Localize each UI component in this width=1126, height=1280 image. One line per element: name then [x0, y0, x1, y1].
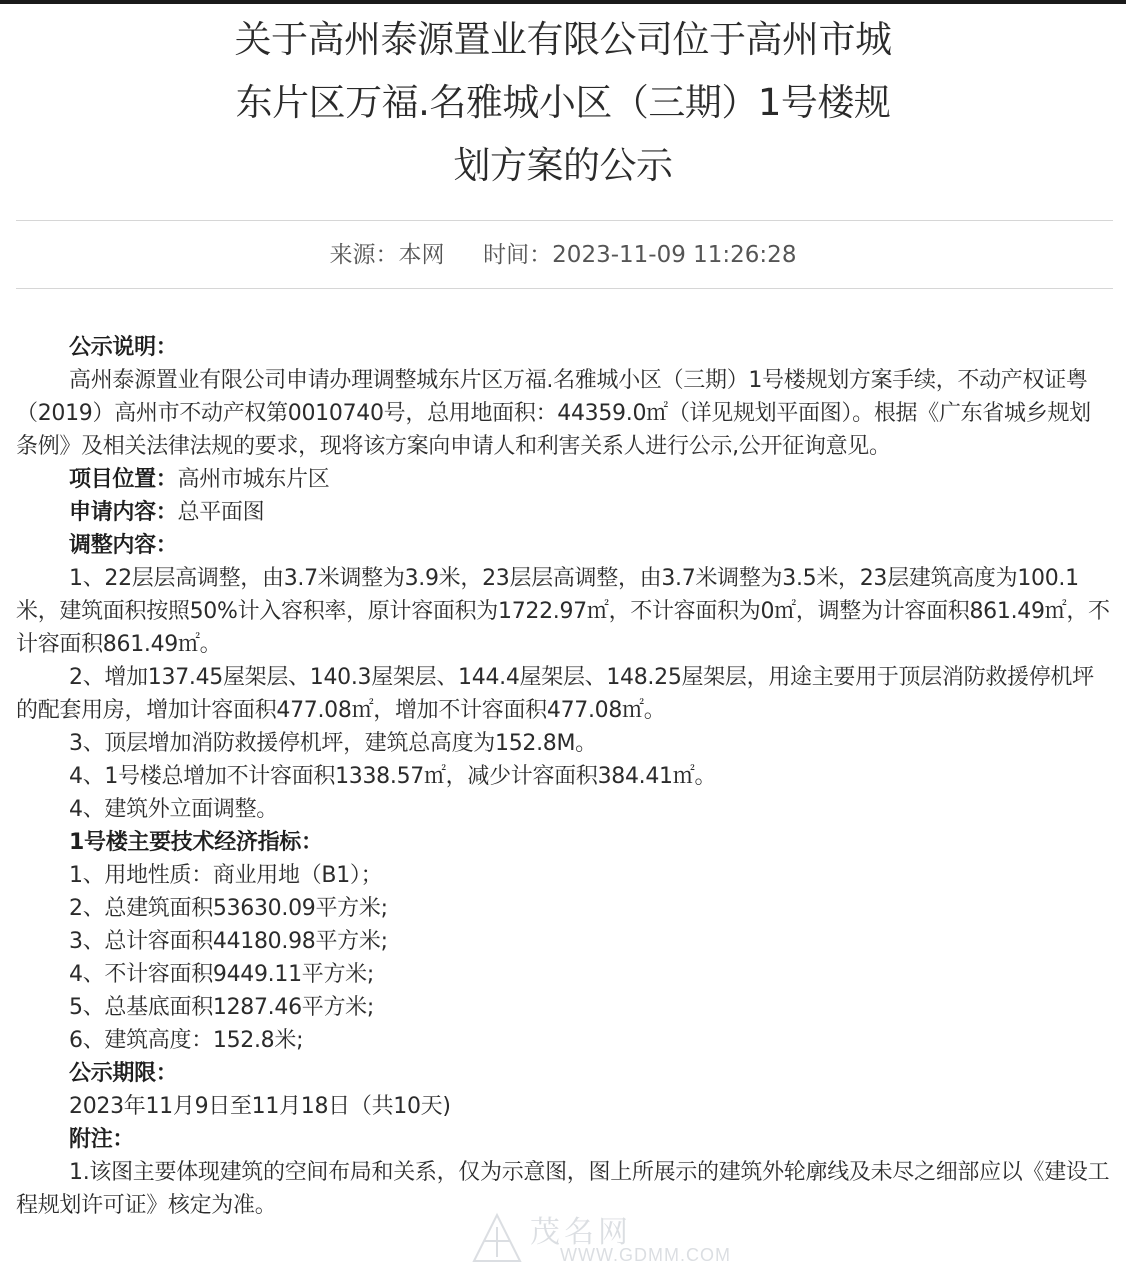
watermark-url: WWW.GDMM.COM: [560, 1245, 731, 1266]
title-line-3: 划方案的公示: [0, 134, 1126, 197]
adjust-heading: 调整内容：: [16, 529, 1111, 562]
page-title: 关于高州泰源置业有限公司位于高州市城 东片区万福.名雅城小区（三期）1号楼规 划…: [0, 8, 1126, 197]
source-label: 来源：: [330, 242, 399, 268]
adjust-item-5: 4、建筑外立面调整。: [16, 793, 1111, 826]
indicator-4: 4、不计容面积9449.11平方米;: [16, 958, 1111, 991]
time-value: 2023-11-09 11:26:28: [552, 242, 796, 268]
adjust-item-1: 1、22层层高调整，由3.7米调整为3.9米，23层层高调整，由3.7米调整为3…: [16, 562, 1111, 661]
indicator-1: 1、用地性质：商业用地（B1）；: [16, 859, 1111, 892]
application-value: 总平面图: [178, 500, 265, 525]
title-line-1: 关于高州泰源置业有限公司位于高州市城: [0, 8, 1126, 71]
notice-heading: 公示说明：: [16, 331, 1111, 364]
indicator-2: 2、总建筑面积53630.09平方米;: [16, 892, 1111, 925]
time-label: 时间：: [483, 242, 552, 268]
location-value: 高州市城东片区: [178, 467, 330, 492]
notes-text: 1.该图主要体现建筑的空间布局和关系，仅为示意图，图上所展示的建筑外轮廓线及未尽…: [16, 1156, 1111, 1222]
adjust-item-4: 4、1号楼总增加不计容面积1338.57㎡，减少计容面积384.41㎡。: [16, 760, 1111, 793]
application-content: 申请内容：总平面图: [16, 496, 1111, 529]
meta-divider-bottom: [16, 288, 1113, 289]
adjust-item-3: 3、顶层增加消防救援停机坪，建筑总高度为152.8M。: [16, 727, 1111, 760]
adjust-item-2: 2、增加137.45屋架层、140.3屋架层、144.4屋架层、148.25屋架…: [16, 661, 1111, 727]
application-label: 申请内容：: [69, 500, 178, 525]
project-location: 项目位置：高州市城东片区: [16, 463, 1111, 496]
top-status-bar: [0, 0, 1126, 4]
indicators-heading: 1号楼主要技术经济指标：: [16, 826, 1111, 859]
period-heading: 公示期限：: [16, 1057, 1111, 1090]
indicator-6: 6、建筑高度：152.8米;: [16, 1024, 1111, 1057]
period-value: 2023年11月9日至11月18日（共10天): [16, 1090, 1111, 1123]
location-label: 项目位置：: [69, 467, 178, 492]
article-meta: 来源：本网 时间：2023-11-09 11:26:28: [0, 238, 1126, 272]
article-body: 公示说明： 高州泰源置业有限公司申请办理调整城东片区万福.名雅城小区（三期）1号…: [16, 331, 1111, 1222]
indicator-5: 5、总基底面积1287.46平方米;: [16, 991, 1111, 1024]
indicator-3: 3、总计容面积44180.98平方米;: [16, 925, 1111, 958]
notice-text: 高州泰源置业有限公司申请办理调整城东片区万福.名雅城小区（三期）1号楼规划方案手…: [16, 364, 1111, 463]
meta-divider-top: [16, 220, 1113, 221]
title-line-2: 东片区万福.名雅城小区（三期）1号楼规: [0, 71, 1126, 134]
notes-heading: 附注：: [16, 1123, 1111, 1156]
source-value: 本网: [399, 242, 445, 268]
